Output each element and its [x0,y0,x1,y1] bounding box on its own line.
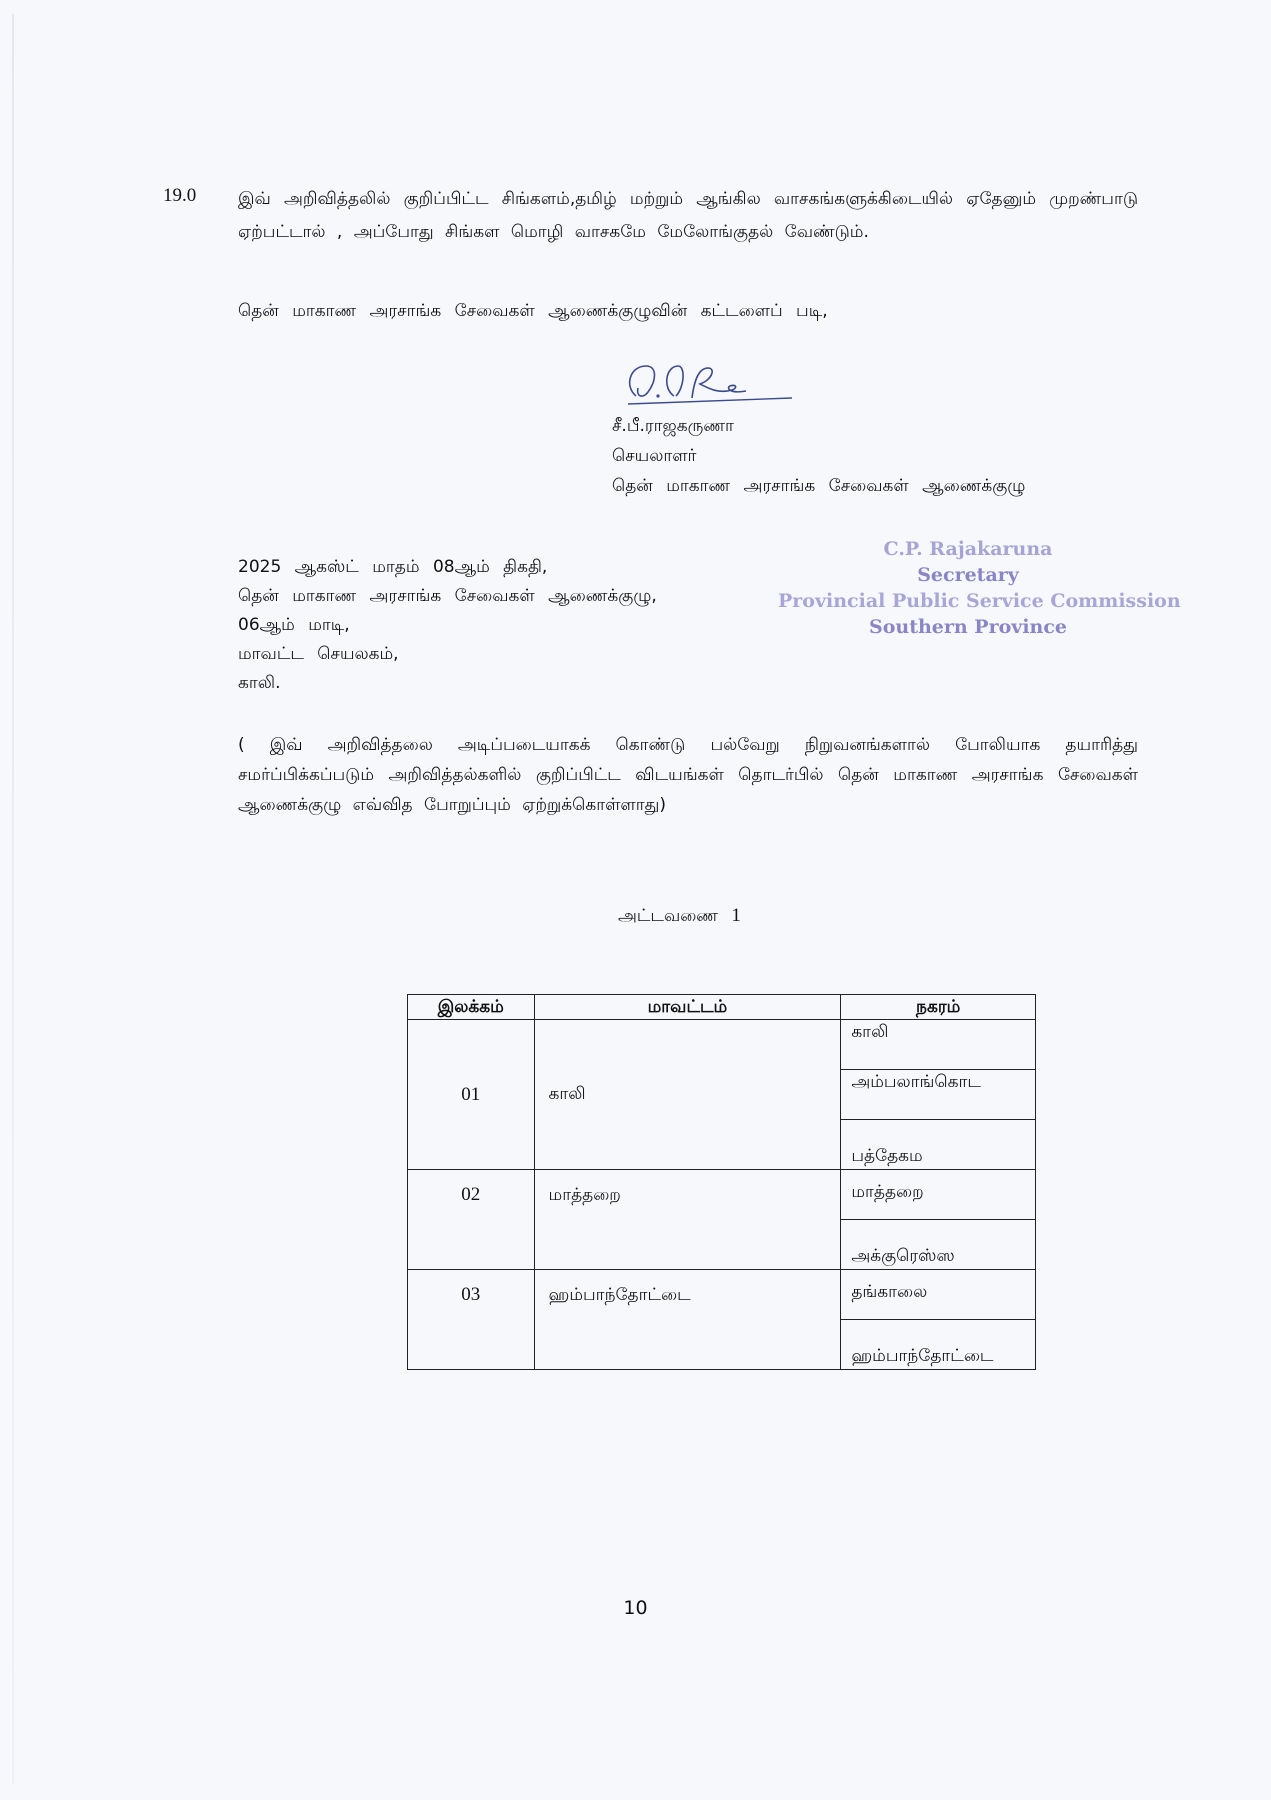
stamp-title: Secretary [778,562,1158,588]
schedule-title-label: அட்டவணை [618,906,718,926]
header-town: நகரம் [841,995,1036,1020]
schedule-title-number: 1 [731,905,741,926]
stamp-province: Southern Province [778,614,1158,640]
district-table: இலக்கம் மாவட்டம் நகரம் 01 காலி காலி அம்ப… [407,994,1036,1370]
scan-edge [12,14,14,1784]
row-district: ஹம்பாந்தோட்டை [534,1270,841,1370]
section-number: 19.0 [163,185,196,207]
disclaimer-paragraph: ( இவ் அறிவித்தலை அடிப்படையாகக் கொண்டு பல… [238,730,1138,820]
table-row: 02 மாத்தறை மாத்தறை [408,1170,1036,1220]
row-number: 01 [408,1020,535,1170]
signature-icon [622,358,797,408]
town-label: ஹம்பாந்தோட்டை [851,1320,1035,1368]
order-line: தென் மாகாண அரசாங்க சேவைகள் ஆணைக்குழுவின்… [238,297,828,325]
town-label: மாத்தறை [851,1170,1035,1204]
address-line: தென் மாகாண அரசாங்க சேவைகள் ஆணைக்குழு, [238,582,657,611]
row-town: காலி [841,1020,1036,1070]
row-town: ஹம்பாந்தோட்டை [841,1320,1036,1370]
address-line: காலி. [238,669,657,698]
signatory-block: சீ.பீ.ராஜகருணா செயலாளர் தென் மாகாண அரசாங… [612,411,1025,501]
row-number: 02 [408,1170,535,1270]
row-town: அக்குரெஸ்ஸ [841,1220,1036,1270]
town-label: தங்காலை [851,1270,1035,1304]
header-number: இலக்கம் [408,995,535,1020]
page-number: 10 [0,1597,1271,1619]
row-town: அம்பலாங்கொட [841,1070,1036,1120]
row-district: காலி [534,1020,841,1170]
schedule-title: அட்டவணை 1 [618,905,741,928]
stamp-organization: Provincial Public Service Commission [778,588,1158,614]
row-number: 03 [408,1270,535,1370]
address-block: 2025 ஆகஸ்ட் மாதம் 08ஆம் திகதி, தென் மாகா… [238,553,657,698]
town-label: காலி [851,1020,1035,1044]
official-stamp: C.P. Rajakaruna Secretary Provincial Pub… [778,536,1158,640]
town-label: அக்குரெஸ்ஸ [851,1220,1035,1268]
header-district: மாவட்டம் [534,995,841,1020]
address-line: 06ஆம் மாடி, [238,611,657,640]
signatory-title: செயலாளர் [612,441,1025,471]
stamp-name: C.P. Rajakaruna [778,536,1158,562]
date-line: 2025 ஆகஸ்ட் மாதம் 08ஆம் திகதி, [238,553,657,582]
table-header-row: இலக்கம் மாவட்டம் நகரம் [408,995,1036,1020]
table-row: 01 காலி காலி [408,1020,1036,1070]
signatory-organization: தென் மாகாண அரசாங்க சேவைகள் ஆணைக்குழு [612,471,1025,501]
section-19-paragraph: இவ் அறிவித்தலில் குறிப்பிட்ட சிங்களம்,தம… [238,183,1138,249]
row-district: மாத்தறை [534,1170,841,1270]
town-label: அம்பலாங்கொட [851,1070,1035,1094]
row-town: பத்தேகம [841,1120,1036,1170]
address-line: மாவட்ட செயலகம், [238,640,657,669]
row-town: தங்காலை [841,1270,1036,1320]
table-row: 03 ஹம்பாந்தோட்டை தங்காலை [408,1270,1036,1320]
town-label: பத்தேகம [851,1120,1035,1168]
signatory-name: சீ.பீ.ராஜகருணா [612,411,1025,441]
row-town: மாத்தறை [841,1170,1036,1220]
